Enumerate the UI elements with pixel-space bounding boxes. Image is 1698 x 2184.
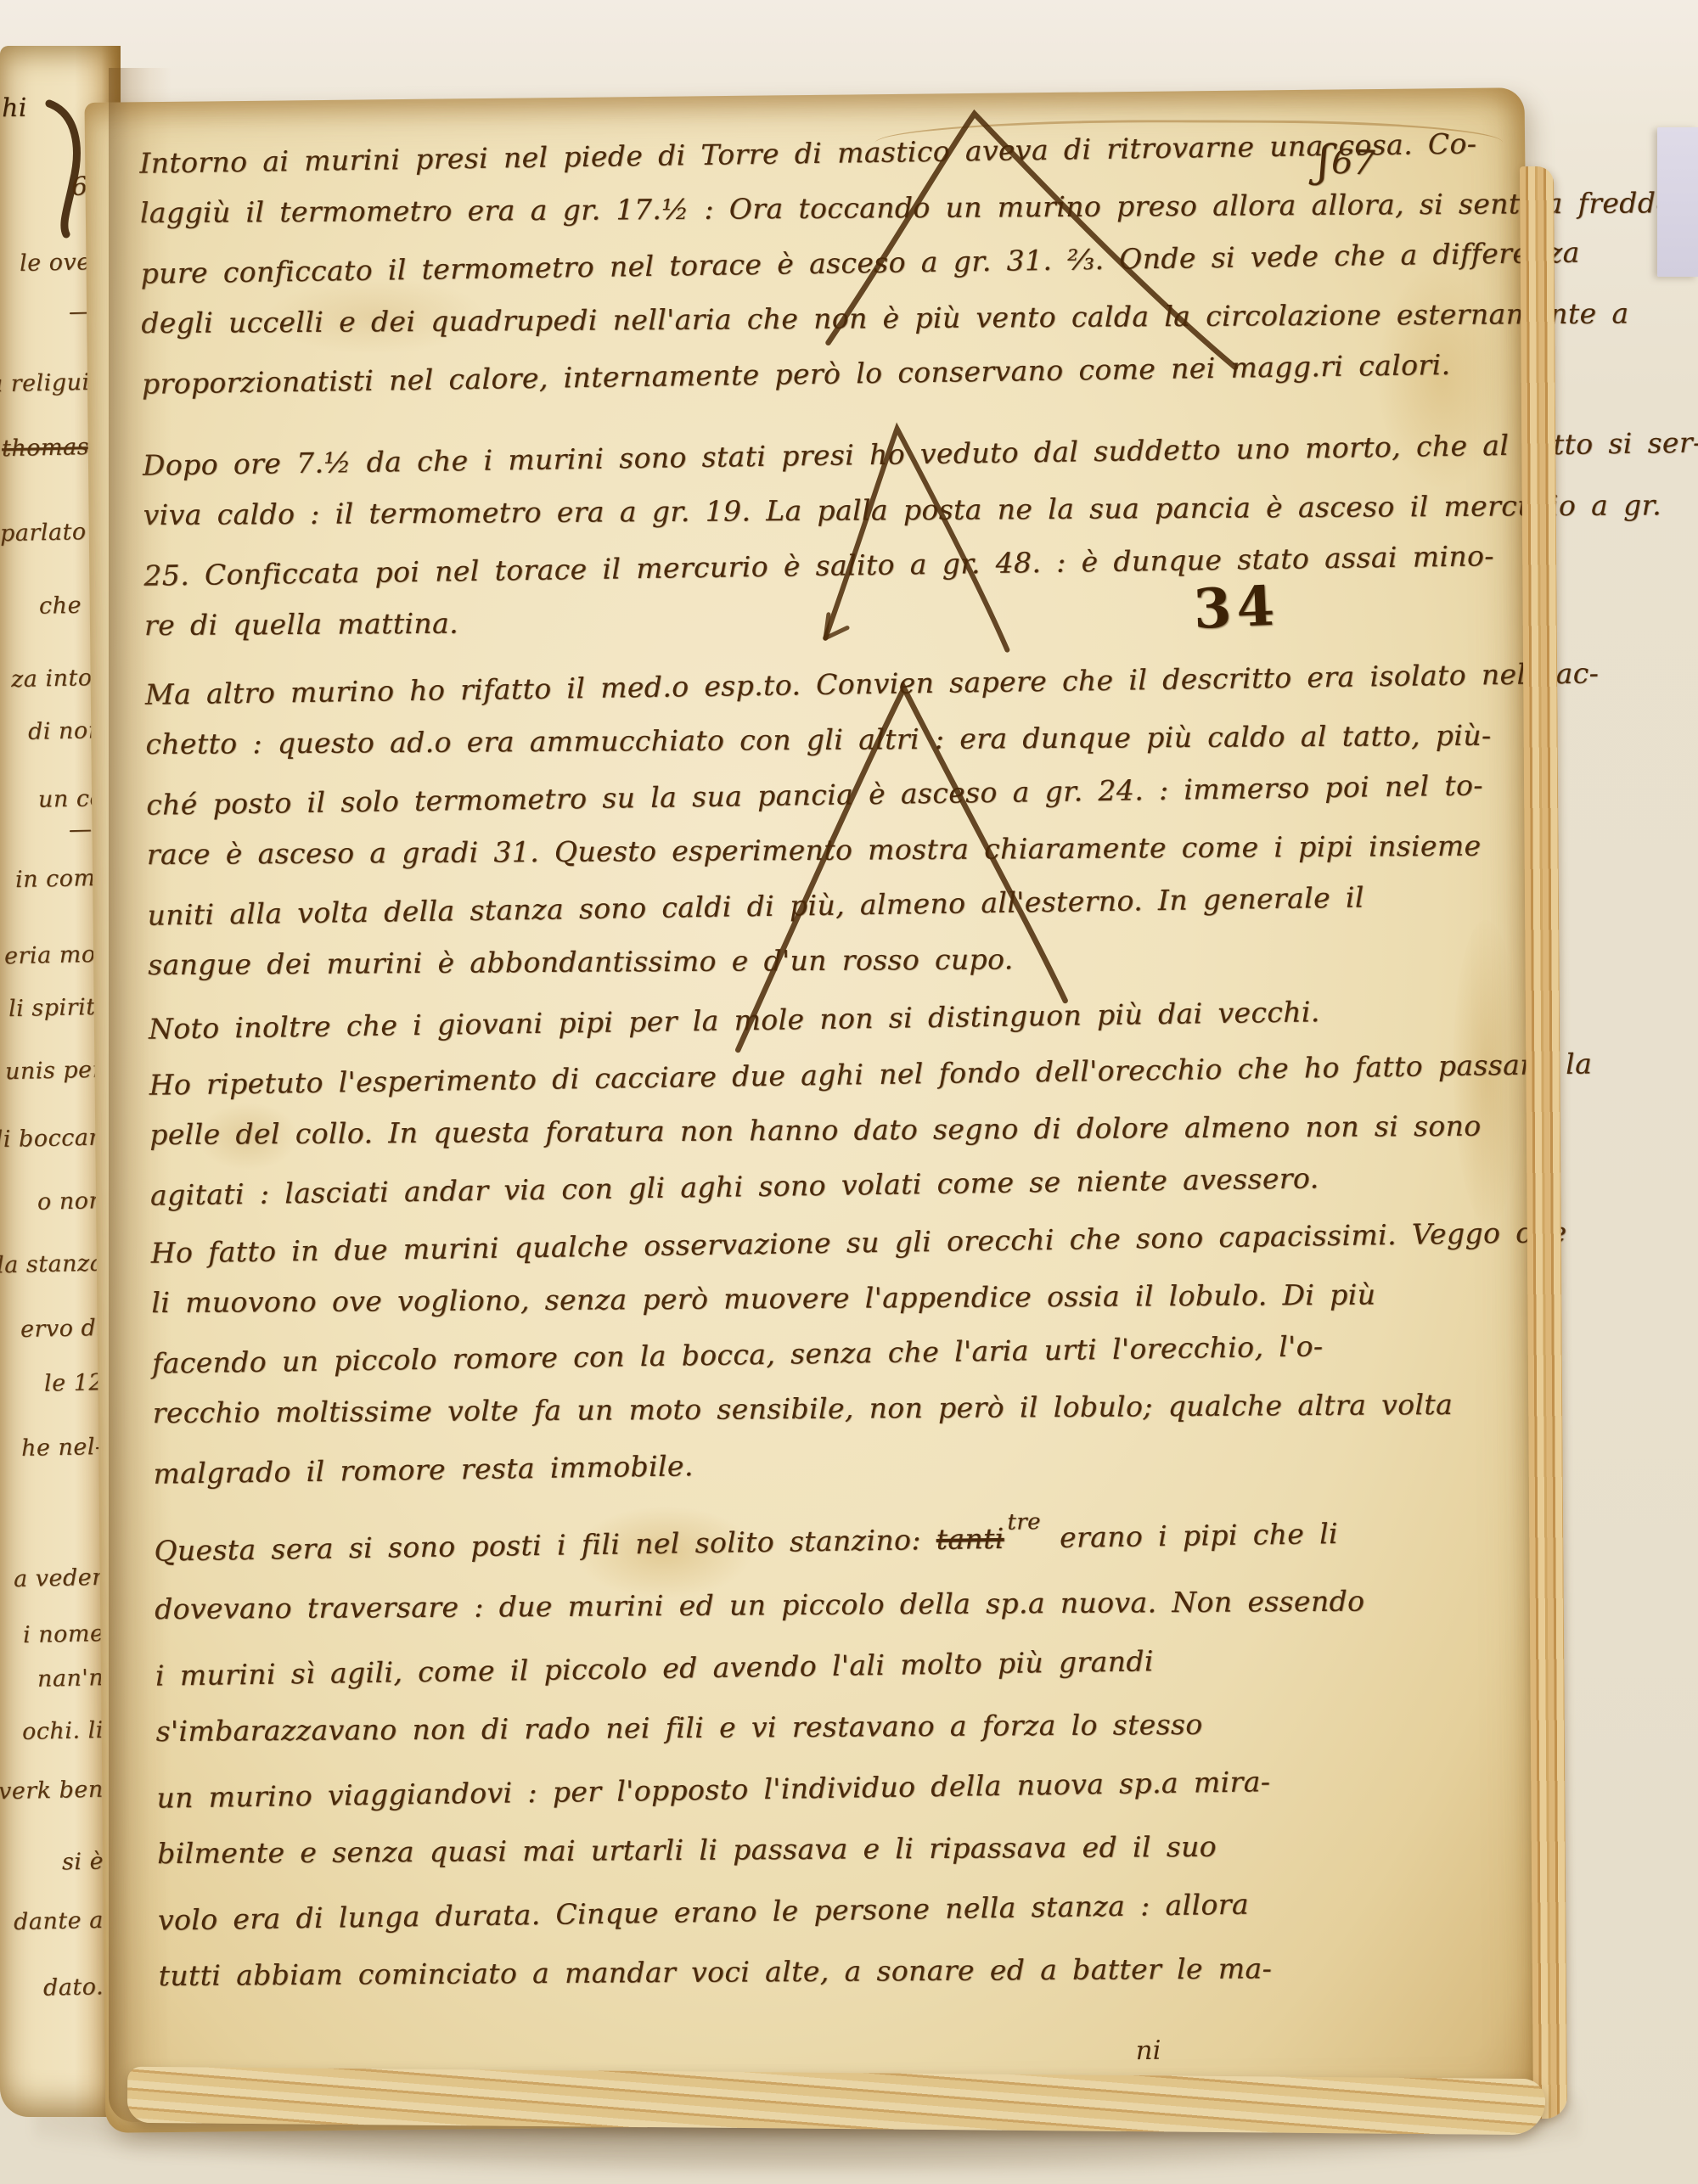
caret-mark [824,428,1008,652]
verso-line-fragment: eria mo- [4,941,104,969]
verso-line-fragment: i nome [22,1620,104,1648]
verso-line-fragment: li spiriti [8,994,104,1022]
verso-line-fragment: — [68,817,92,844]
verso-line-fragment: di boccan [0,1125,104,1154]
caret-pen-marks [85,87,1546,2133]
verso-line-fragment: ervo di [20,1315,104,1343]
verso-line-fragment: unis per [5,1057,104,1085]
gutter-shadow [109,68,171,2122]
manuscript-photo: hi 66 le ovec — a religuia thomaso parla… [0,0,1698,2184]
caret-mark [826,111,1235,372]
recto-page: ʃ67 Intorno ai murini presi nel piede di… [85,87,1546,2133]
verso-line-fragment: nan'n [37,1665,104,1693]
verso-line-fragment: o non [37,1187,104,1216]
verso-line-fragment: le 12 [44,1369,104,1396]
verso-line-fragment: in com- [14,865,104,893]
verso-line-fragment: verk ben [0,1777,104,1805]
caret-mark [825,615,847,638]
verso-line-fragment: he nel- [21,1434,104,1462]
verso-line-fragment: a veder [14,1564,104,1592]
verso-line-fragment: la stanza [0,1250,104,1279]
verso-line-fragment: hi [2,93,28,124]
verso-line-fragment: dato. [43,1973,104,2001]
verso-line-fragment: si è [62,1848,104,1875]
bookmark-tab [1657,127,1698,277]
verso-line-fragment: dante a [14,1907,104,1935]
verso-line-fragment: ochi. li [22,1717,104,1745]
caret-mark [734,687,1065,1050]
